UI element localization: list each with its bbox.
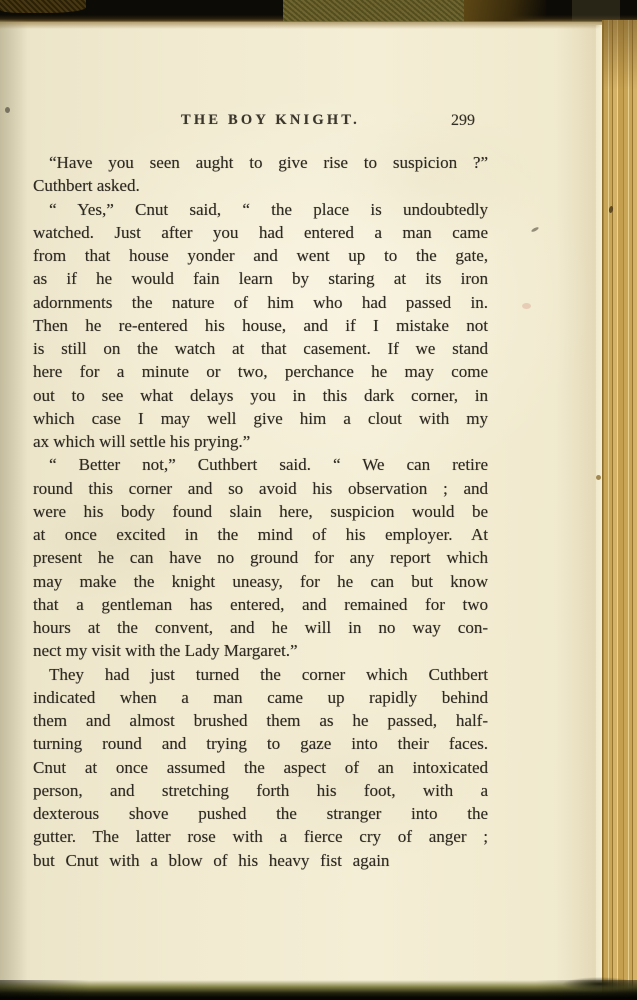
text-line: round this corner and so avoid his obser… — [33, 477, 488, 500]
text-line: out to see what delays you in this dark … — [33, 384, 488, 407]
ink-speck — [531, 226, 539, 232]
page-header: THE BOY KNIGHT. 299 — [33, 112, 488, 136]
text-line: were his body found slain here, suspicio… — [33, 500, 488, 523]
text-line: at once excited in the mind of his emplo… — [33, 523, 488, 546]
text-line: may make the knight uneasy, for he can b… — [33, 570, 488, 593]
text-line: They had just turned the corner which Cu… — [33, 663, 488, 686]
text-line: is still on the watch at that casement. … — [33, 337, 488, 360]
text-line: Cnut at once assumed the aspect of an in… — [33, 756, 488, 779]
cover-cloth-corner — [0, 0, 86, 13]
page-curve-shadow — [556, 25, 596, 985]
text-line: which case I may well give him a clout w… — [33, 407, 488, 430]
page-speck — [596, 475, 601, 480]
text-line: Cuthbert asked. — [33, 174, 488, 197]
text-line: person, and stretching forth his foot, w… — [33, 779, 488, 802]
page-left-shadow — [0, 20, 28, 990]
text-line: “Have you seen aught to give rise to sus… — [33, 151, 488, 174]
text-line: watched. Just after you had entered a ma… — [33, 221, 488, 244]
running-title: THE BOY KNIGHT. — [181, 112, 360, 129]
paragraph: “ Better not,” Cuthbert said. “ We can r… — [33, 453, 488, 662]
text-line: “ Yes,” Cnut said, “ the place is undoub… — [33, 198, 488, 221]
cover-right-shading — [572, 0, 620, 22]
paragraph: They had just turned the corner which Cu… — [33, 663, 488, 872]
text-line: adornments the nature of him who had pas… — [33, 291, 488, 314]
paragraph: “Have you seen aught to give rise to sus… — [33, 151, 488, 198]
text-line: nect my visit with the Lady Margaret.” — [33, 639, 488, 662]
pink-stain — [522, 303, 531, 309]
bottom-right-dark-blob — [562, 977, 637, 991]
cover-worn-brown-patch — [464, 0, 546, 22]
text-line: present he can have no ground for any re… — [33, 546, 488, 569]
book-cover-top-edge — [0, 0, 637, 22]
text-line: dexterous shove pushed the stranger into… — [33, 802, 488, 825]
text-line: ax which will settle his prying.” — [33, 430, 488, 453]
text-line: but Cnut with a blow of his heavy fist a… — [33, 849, 488, 872]
text-line: from that house yonder and went up to th… — [33, 244, 488, 267]
cover-cloth-olive-patch — [283, 0, 467, 22]
text-line: hours at the convent, and he will in no … — [33, 616, 488, 639]
text-line: gutter. The latter rose with a fierce cr… — [33, 825, 488, 848]
page-edge-highlight — [595, 25, 602, 990]
page-number: 299 — [451, 112, 475, 130]
text-line: that a gentleman has entered, and remain… — [33, 593, 488, 616]
cover-top-shadow — [0, 21, 637, 29]
page-speck — [5, 107, 10, 113]
text-line: them and almost brushed them as he passe… — [33, 709, 488, 732]
text-line: turning round and trying to gaze into th… — [33, 732, 488, 755]
text-line: here for a minute or two, perchance he m… — [33, 360, 488, 383]
book-cover-bottom-edge — [0, 980, 637, 1000]
text-line: Then he re-entered his house, and if I m… — [33, 314, 488, 337]
text-line: indicated when a man came up rapidly beh… — [33, 686, 488, 709]
book-page-scan: THE BOY KNIGHT. 299 “Have you seen aught… — [0, 0, 637, 1000]
text-line: as if he would fain learn by staring at … — [33, 267, 488, 290]
book-fore-edge — [602, 20, 637, 1000]
text-block: “Have you seen aught to give rise to sus… — [33, 151, 488, 872]
text-line: “ Better not,” Cuthbert said. “ We can r… — [33, 453, 488, 476]
paragraph: “ Yes,” Cnut said, “ the place is undoub… — [33, 198, 488, 454]
